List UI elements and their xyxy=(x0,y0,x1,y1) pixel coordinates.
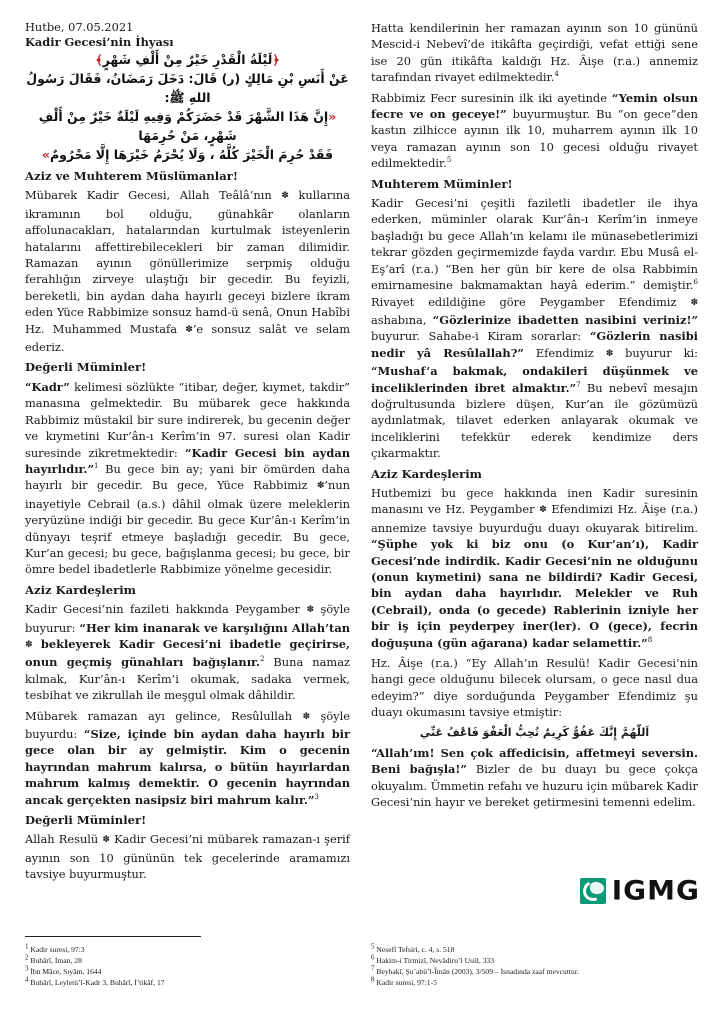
section-heading: Değerli Müminler! xyxy=(25,359,350,375)
ornate-bracket-close: ﴾ xyxy=(95,52,102,67)
footnote: 3 İbn Mâce, Sıyâm, 1644 xyxy=(25,966,345,977)
honorific-icon: ✽ xyxy=(606,346,614,362)
quote-mark-close: » xyxy=(42,147,50,162)
honorific-icon: ✽ xyxy=(102,832,110,848)
footnotes-left: 1 Kadir suresi, 97:3 2 Buhârî, İman, 28 … xyxy=(25,944,345,988)
footnote: 6 Hakim-i Tirmizî, Nevâdiru’l Usûl, 333 xyxy=(371,955,698,966)
paragraph: Rabbimiz Fecr suresinin ilk iki ayetinde… xyxy=(371,90,698,172)
honorific-icon: ✽ xyxy=(25,637,33,653)
honorific-icon: ✽ xyxy=(317,478,325,494)
sermon-date: Hutbe, 07.05.2021 xyxy=(25,20,350,35)
hadith-text-3: فَقَدْ حُرِمَ الْخَيْرَ كُلَّهُ ، وَلَا … xyxy=(50,147,333,162)
paragraph: Kadir Gecesi’ni çeşitli faziletli ibadet… xyxy=(371,195,698,462)
footnote: 1 Kadir suresi, 97:3 xyxy=(25,944,345,955)
ornate-bracket-open: ﴿ xyxy=(272,52,279,67)
footnote: 5 Nesefî Tefsiri, c. 4, s. 518 xyxy=(371,944,698,955)
paragraph: Mübarek Kadir Gecesi, Allah Teâlâ’nın ✽ … xyxy=(25,187,350,355)
left-column: Hutbe, 07.05.2021 Kadir Gecesi’nin İhyas… xyxy=(25,20,350,887)
igmg-logo: IGMG xyxy=(580,876,700,906)
footnote-ref[interactable]: 5 xyxy=(447,156,451,164)
right-column: Hatta kendilerinin her ramazan ayının so… xyxy=(371,20,698,815)
honorific-icon: ✽ xyxy=(539,502,547,518)
paragraph: Hutbemizi bu gece hakkında inen Kadir su… xyxy=(371,485,698,651)
footnote-ref[interactable]: 3 xyxy=(314,793,318,801)
arabic-hadith-line1: عَنْ أَنَسِ بْنِ مَالِكٍ (ر) قَالَ: دَخَ… xyxy=(25,69,350,107)
sermon-page: Hutbe, 07.05.2021 Kadir Gecesi’nin İhyas… xyxy=(0,0,724,1024)
paragraph: Mübarek ramazan ayı gelince, Resûlullah … xyxy=(25,708,350,808)
crescent-globe-icon xyxy=(580,878,606,904)
arabic-hadith-line2: «إِنَّ هَذَا الشَّهْرَ قَدْ حَضَرَكُمْ و… xyxy=(25,107,350,145)
paragraph: Allah Resulü ✽ Kadir Gecesi’ni mübarek r… xyxy=(25,831,350,882)
honorific-icon: ✽ xyxy=(281,188,289,204)
paragraph: “Kadr” kelimesi sözlükte “itibar, değer,… xyxy=(25,379,350,578)
arabic-ayah: ﴿لَيْلَةُ الْقَدْرِ خَيْرٌ مِنْ أَلْفِ ش… xyxy=(25,50,350,69)
footnote: 7 Beyhakî, Şu’abü’l-Îmân (2003), 3/509 –… xyxy=(371,966,698,977)
arabic-dua: اَللّٰهُمَّ إِنَّكَ عَفُوٌّ كَرِيمٌ تُحِ… xyxy=(371,725,698,741)
ayah-text: لَيْلَةُ الْقَدْرِ خَيْرٌ مِنْ أَلْفِ شَ… xyxy=(103,52,273,67)
footnotes-right: 5 Nesefî Tefsiri, c. 4, s. 518 6 Hakim-i… xyxy=(371,944,698,988)
honorific-icon: ✽ xyxy=(306,602,314,618)
footnote: 8 Kadir suresi, 97:1-5 xyxy=(371,977,698,988)
footnote: 4 Buhârî, Leyletü’l-Kadr 3, Buhârî, İ’ti… xyxy=(25,977,345,988)
honorific-icon: ✽ xyxy=(690,295,698,311)
section-heading: Aziz Kardeşlerim xyxy=(371,466,698,482)
sermon-title: Kadir Gecesi’nin İhyası xyxy=(25,35,350,50)
section-heading: Aziz ve Muhterem Müslümanlar! xyxy=(25,168,350,184)
section-heading: Muhterem Müminler! xyxy=(371,176,698,192)
logo-text: IGMG xyxy=(612,878,700,905)
footnote-ref[interactable]: 6 xyxy=(694,278,698,286)
section-heading: Aziz Kardeşlerim xyxy=(25,582,350,598)
footnote: 2 Buhârî, İman, 28 xyxy=(25,955,345,966)
footnote-divider xyxy=(25,936,201,937)
footnote-ref[interactable]: 4 xyxy=(554,70,558,78)
honorific-icon: ✽ xyxy=(302,709,310,725)
hadith-text-2: إِنَّ هَذَا الشَّهْرَ قَدْ حَضَرَكُمْ وَ… xyxy=(39,109,328,143)
section-heading: Değerli Müminler! xyxy=(25,812,350,828)
paragraph: “Allah’ım! Sen çok affedicisin, affetmey… xyxy=(371,745,698,811)
paragraph: Hz. Âişe (r.a.) “Ey Allah’ın Resulü! Kad… xyxy=(371,655,698,721)
honorific-icon: ✽ xyxy=(185,322,193,338)
paragraph: Hatta kendilerinin her ramazan ayının so… xyxy=(371,20,698,86)
footnote-ref[interactable]: 8 xyxy=(648,636,652,644)
quote-mark-open: « xyxy=(328,109,336,124)
arabic-hadith-line3: فَقَدْ حُرِمَ الْخَيْرَ كُلَّهُ ، وَلَا … xyxy=(25,145,350,164)
paragraph: Kadir Gecesi’nin fazileti hakkında Peyga… xyxy=(25,601,350,703)
